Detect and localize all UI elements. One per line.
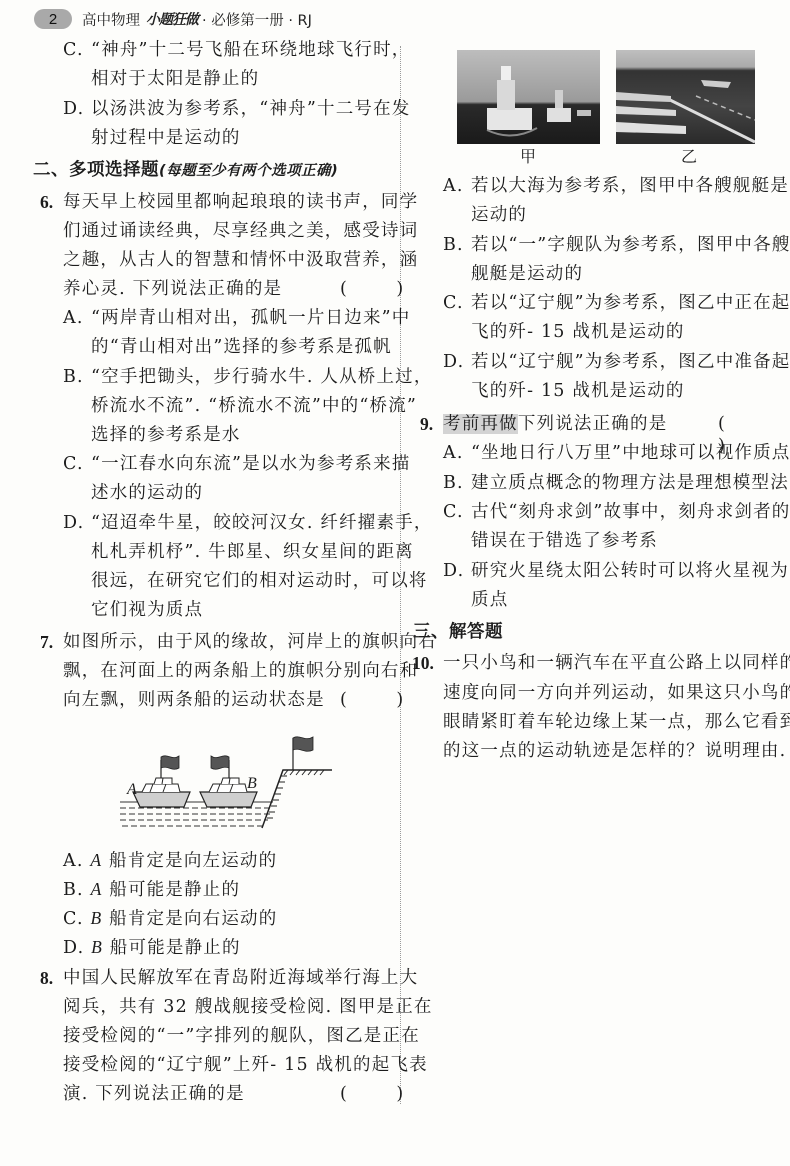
q6-option-c-label: C. xyxy=(63,453,84,475)
photo-caption-yi: 乙 xyxy=(681,147,697,167)
boat-b-label: B xyxy=(247,774,257,794)
q8-option-d-line2: 飞的歼- 15 战机是运动的 xyxy=(471,380,685,402)
q7-stem-line1: 如图所示，由于风的缘故，河岸上的旗帜向右 xyxy=(63,631,437,653)
brand-logo: 小题狂做 xyxy=(146,9,198,29)
q8-option-b-line2: 舰艇是运动的 xyxy=(471,263,583,285)
q9-option-c-line1: 古代“刻舟求剑”故事中，刻舟求剑者的 xyxy=(471,501,790,523)
q6-option-b-line1: “空手把锄头，步行骑水牛. 人从桥上过， xyxy=(91,366,433,388)
q9-option-c-label: C. xyxy=(443,501,464,523)
q6-option-d-line3: 很远，在研究它们的相对运动时，可以将 xyxy=(91,570,428,592)
question-number: 9. xyxy=(420,413,433,435)
photo-carrier-deck xyxy=(616,50,755,144)
option-label: A. xyxy=(63,851,84,871)
boats-river-diagram xyxy=(100,720,360,830)
warships-image xyxy=(457,50,600,144)
q9-option-a-label: A. xyxy=(443,442,464,464)
option-label: C. xyxy=(63,909,84,929)
option-label: B. xyxy=(63,880,84,900)
variable-a: A xyxy=(91,879,103,899)
q7-option-c: C. B 船肯定是向右运动的 xyxy=(63,907,277,930)
q8-stem-line2: 阅兵，共有 32 艘战舰接受检阅. 图甲是正在 xyxy=(63,996,433,1018)
q8-option-a-line1: 若以大海为参考系，图甲中各艘舰艇是 xyxy=(471,175,789,197)
photo-fleet-formation xyxy=(457,50,600,144)
q8-option-c-line1: 若以“辽宁舰”为参考系，图乙中正在起 xyxy=(471,292,790,314)
q7-option-d: D. B 船可能是静止的 xyxy=(63,936,241,959)
option-label: D. xyxy=(63,938,84,958)
option-text: 船肯定是向左运动的 xyxy=(102,851,277,871)
photo-caption-jia: 甲 xyxy=(520,147,536,167)
page-header: 2 高中物理 小题狂做 · 必修第一册 · RJ xyxy=(34,8,312,30)
q9-option-d-label: D. xyxy=(443,560,464,582)
q9-option-a-line1: “坐地日行八万里”中地球可以视作质点 xyxy=(471,442,790,464)
q6-option-b-label: B. xyxy=(63,366,84,388)
option-text: 船可能是静止的 xyxy=(103,938,241,958)
q6-stem-line3: 之趣，从古人的智慧和情怀中汲取营养，涵 xyxy=(63,249,418,271)
q6-option-c-line2: 述水的运动的 xyxy=(91,482,203,504)
q6-option-d-line4: 它们视为质点 xyxy=(91,599,203,621)
q8-option-c-label: C. xyxy=(443,292,464,314)
q10-stem-line3: 眼睛紧盯着车轮边缘上某一点，那么它看到 xyxy=(443,711,790,733)
q10-stem-line4: 的这一点的运动轨迹是怎样的？说明理由. xyxy=(443,740,786,762)
q8-stem-line5: 演. 下列说法正确的是 xyxy=(63,1083,245,1105)
q6-stem-line2: 们通过诵读经典，尽享经典之美，感受诗词 xyxy=(63,220,418,242)
q8-option-b-line1: 若以“一”字舰队为参考系，图甲中各艘 xyxy=(471,234,790,256)
variable-b: B xyxy=(91,937,103,957)
q7-option-a: A. A 船肯定是向左运动的 xyxy=(63,849,277,872)
variable-a: A xyxy=(90,850,102,870)
option-text: 船可能是静止的 xyxy=(102,880,240,900)
answer-blank[interactable]: ( ) xyxy=(340,1083,425,1105)
q9-option-b-line1: 建立质点概念的物理方法是理想模型法 xyxy=(471,472,789,494)
q6-stem-line1: 每天早上校园里都响起琅琅的读书声，同学 xyxy=(63,191,418,213)
q7-option-b: B. A 船可能是静止的 xyxy=(63,878,240,901)
subject-label: 高中物理 xyxy=(82,9,140,30)
q5-option-d-line2: 射过程中是运动的 xyxy=(91,127,241,149)
q8-option-d-line1: 若以“辽宁舰”为参考系，图乙中准备起 xyxy=(471,351,790,373)
review-tag: 考前再做 xyxy=(443,414,518,434)
section-hint: (每题至少有两个选项正确) xyxy=(159,163,338,179)
q5-option-c-line1: “神舟”十二号飞船在环绕地球飞行时， xyxy=(91,39,411,61)
carrier-jets-image xyxy=(616,50,755,144)
q9-option-b-label: B. xyxy=(443,472,464,494)
q9-option-d-line2: 质点 xyxy=(471,589,508,611)
option-text: 船肯定是向右运动的 xyxy=(102,909,277,929)
q10-stem-line2: 速度向同一方向并列运动，如果这只小鸟的 xyxy=(443,682,790,704)
q6-option-b-line2: 桥流水不流”. “桥流水不流”中的“桥流” xyxy=(91,395,417,417)
q8-stem-line4: 接受检阅的“辽宁舰”上歼- 15 战机的起飞表 xyxy=(63,1054,428,1076)
section-title: 二、多项选择题 xyxy=(33,160,159,180)
book-title: · 必修第一册 · RJ xyxy=(202,9,312,30)
q8-option-a-label: A. xyxy=(443,175,464,197)
q10-stem-line1: 一只小鸟和一辆汽车在平直公路上以同样的 xyxy=(443,652,790,674)
answer-blank[interactable]: ( ) xyxy=(340,278,425,300)
q7-stem-line2: 飘，在河面上的两条船上的旗帜分别向右和 xyxy=(63,660,418,682)
q9-stem: 考前再做下列说法正确的是 xyxy=(443,413,667,435)
section-heading-multiple-choice: 二、多项选择题(每题至少有两个选项正确) xyxy=(33,159,338,182)
q5-option-d-label: D. xyxy=(63,98,84,120)
q7-stem-line3: 向左飘，则两条船的运动状态是 xyxy=(63,689,325,711)
page-number-badge: 2 xyxy=(34,9,72,29)
q6-stem-line4: 养心灵. 下列说法正确的是 xyxy=(63,278,282,300)
question-number: 8. xyxy=(40,967,53,989)
q5-option-d-line1: 以汤洪波为参考系，“神舟”十二号在发 xyxy=(91,98,411,120)
boats-figure: A B xyxy=(100,720,360,830)
q8-option-b-label: B. xyxy=(443,234,464,256)
question-number: 10. xyxy=(412,652,434,674)
q8-option-d-label: D. xyxy=(443,351,464,373)
q5-option-c-line2: 相对于太阳是静止的 xyxy=(91,68,259,90)
q6-option-b-line3: 选择的参考系是水 xyxy=(91,424,241,446)
variable-b: B xyxy=(91,908,103,928)
q8-option-a-line2: 运动的 xyxy=(471,204,527,226)
q8-stem-line3: 接受检阅的“一”字排列的舰队，图乙是正在 xyxy=(63,1025,420,1047)
q6-option-a-line2: 的“青山相对出”选择的参考系是孤帆 xyxy=(91,336,392,358)
question-number: 6. xyxy=(40,191,53,213)
q8-option-c-line2: 飞的歼- 15 战机是运动的 xyxy=(471,321,685,343)
q6-option-a-line1: “两岸青山相对出，孤帆一片日边来”中 xyxy=(91,307,411,329)
question-number: 7. xyxy=(40,631,53,653)
boat-a-label: A xyxy=(127,780,137,800)
q9-option-c-line2: 错误在于错选了参考系 xyxy=(471,530,658,552)
q6-option-d-line2: 札札弄机杼”. 牛郎星、织女星间的距离 xyxy=(91,541,414,563)
q5-option-c-label: C. xyxy=(63,39,84,61)
q6-option-d-line1: “迢迢牵牛星，皎皎河汉女. 纤纤擢素手， xyxy=(91,512,433,534)
q6-option-a-label: A. xyxy=(63,307,84,329)
section-heading-answer: 三、解答题 xyxy=(413,621,503,643)
q8-stem-line1: 中国人民解放军在青岛附近海域举行海上大 xyxy=(63,967,418,989)
q6-option-c-line1: “一江春水向东流”是以水为参考系来描 xyxy=(91,453,411,475)
q9-stem-text: 下列说法正确的是 xyxy=(518,414,668,434)
answer-blank[interactable]: ( ) xyxy=(340,689,425,711)
q9-option-d-line1: 研究火星绕太阳公转时可以将火星视为 xyxy=(471,560,789,582)
q6-option-d-label: D. xyxy=(63,512,84,534)
